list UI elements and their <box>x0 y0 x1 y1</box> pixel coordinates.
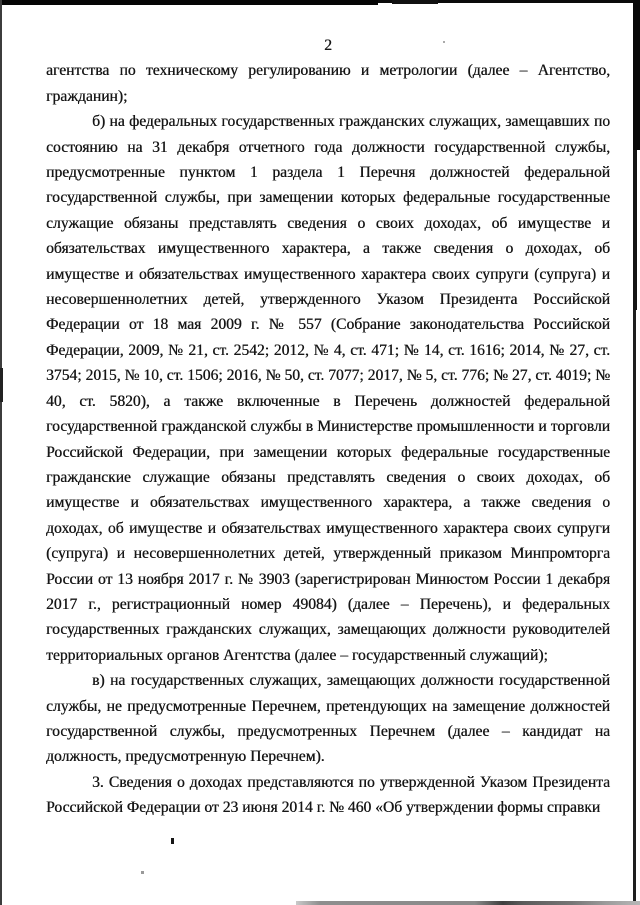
paragraph-item-b: б) на федеральных государственных гражда… <box>46 109 610 668</box>
scan-artifact-speck <box>171 838 174 844</box>
paragraph-item-v: в) на государственных служащих, замещающ… <box>46 668 610 770</box>
scan-artifact-speck <box>141 871 144 874</box>
scan-artifact-bottom-bar <box>296 901 640 905</box>
paragraph-point-3: 3. Сведения о доходах представляются по … <box>46 770 610 821</box>
page-number: 2 <box>46 33 610 58</box>
scan-artifact-left-edge-line <box>0 0 2 905</box>
scan-artifact-top-bar-thick <box>0 0 378 5</box>
paragraph-continuation: агентства по техническому регулированию … <box>46 58 610 109</box>
document-page: 2 агентства по техническому регулировани… <box>0 0 640 905</box>
scan-artifact-right-edge-top <box>633 0 640 150</box>
scan-artifact-top-bar-notch <box>392 0 438 4</box>
scan-artifact-right-edge-mid <box>633 60 637 310</box>
scan-artifact-left-edge-blob <box>0 368 3 402</box>
document-text-block: 2 агентства по техническому регулировани… <box>46 33 610 821</box>
scan-artifact-top-bar <box>0 0 640 3</box>
scan-artifact-right-edge-line <box>633 0 636 905</box>
